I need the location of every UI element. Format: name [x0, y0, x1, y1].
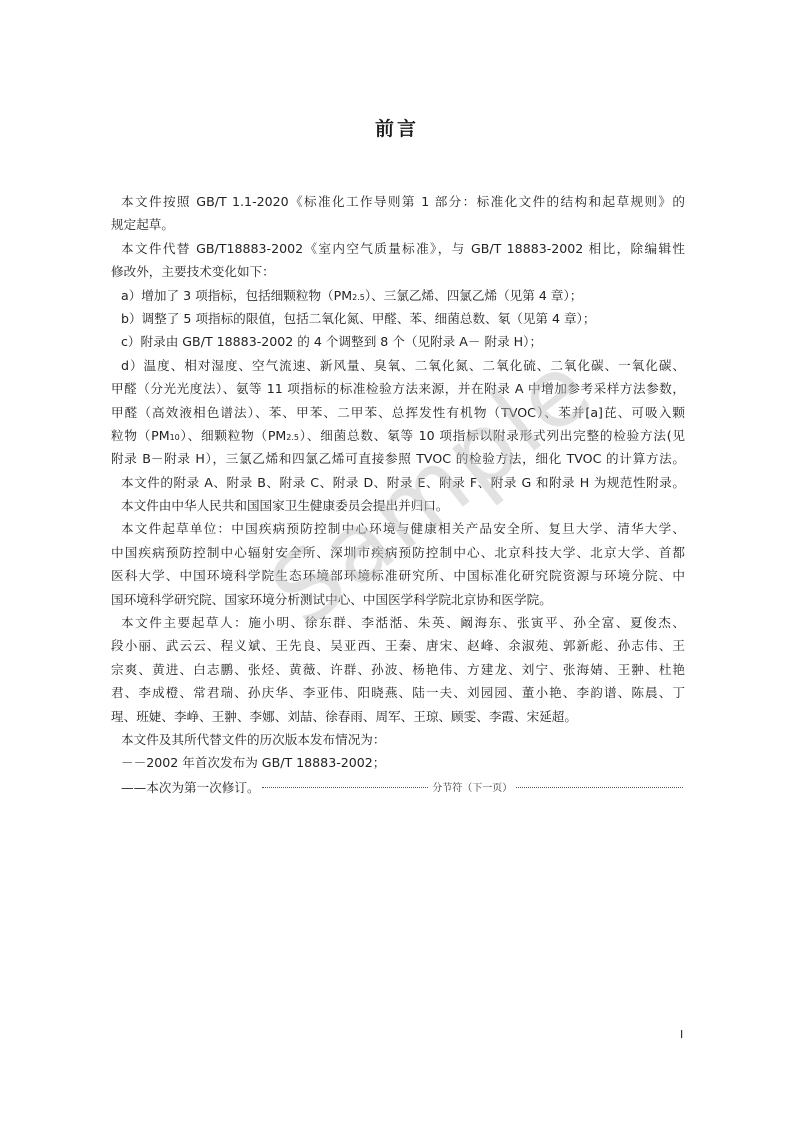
- text-line: 国环境科学研究院、国家环境分析测试中心、中国医学科学院北京协和医学院。: [111, 588, 685, 611]
- document-page: 前言 本文件按照 GB/T 1.1-2020《标准化工作导则第 1 部分：标准化…: [0, 0, 794, 1122]
- text-line: 本文件按照 GB/T 1.1-2020《标准化工作导则第 1 部分：标准化文件的…: [111, 190, 685, 213]
- page-number: I: [680, 1028, 683, 1041]
- text-line: 本文件的附录 A、附录 B、附录 C、附录 D、附录 E、附录 F、附录 G 和…: [111, 471, 685, 494]
- text-line: 本文件代替 GB/T18883-2002《室内空气质量标准》，与 GB/T 18…: [111, 237, 685, 260]
- subscript: 2.5: [352, 293, 365, 302]
- final-line-text: ——本次为第一次修订。: [121, 777, 260, 796]
- page-title: 前言: [0, 114, 794, 141]
- text-line: 附录 B－附录 H），三氯乙烯和四氯乙烯可直接参照 TVOC 的检验方法，细化 …: [111, 447, 685, 470]
- text-line: d）温度、相对湿度、空气流速、新风量、臭氧、二氧化氮、二氧化硫、二氧化碳、一氧化…: [111, 354, 685, 377]
- text-line: 规定起草。: [111, 213, 685, 236]
- text-line: －－2002 年首次发布为 GB/T 18883-2002；: [111, 751, 685, 774]
- text-line: 中国疾病预防控制中心辐射安全所、深圳市疾病预防控制中心、北京科技大学、北京大学、…: [111, 541, 685, 564]
- text-line: 段小丽、武云云、程义斌、王先良、吴亚西、王秦、唐宋、赵峰、余淑苑、郭新彪、孙志伟…: [111, 634, 685, 657]
- section-break-dotted-line: [516, 787, 683, 788]
- text-line: 本文件由中华人民共和国国家卫生健康委员会提出并归口。: [111, 494, 685, 517]
- text-line: a）增加了 3 项指标，包括细颗粒物（PM2.5）、三氯乙烯、四氯乙烯（见第 4…: [111, 284, 685, 307]
- section-break-dotted-line: [262, 787, 429, 788]
- text-line: b）调整了 5 项指标的限值，包括二氧化氮、甲醛、苯、细菌总数、氡（见第 4 章…: [111, 307, 685, 330]
- text-line: 甲醛（分光光度法）、氨等 11 项指标的标准检验方法来源，并在附录 A 中增加参…: [111, 377, 685, 400]
- text-line: 医科大学、中国环境科学院生态环境部环境标准研究所、中国标准化研究院资源与环境分院…: [111, 564, 685, 587]
- text-line: c）附录由 GB/T 18883-2002 的 4 个调整到 8 个（见附录 A…: [111, 330, 685, 353]
- text-line: 修改外，主要技术变化如下：: [111, 260, 685, 283]
- text-line: 瑆、班婕、李峥、王翀、李娜、刘喆、徐春雨、周军、王琼、顾雯、李霞、宋延超。: [111, 705, 685, 728]
- final-line-with-section-break: ——本次为第一次修订。分节符（下一页）: [111, 775, 685, 798]
- text-line: 本文件及其所代替文件的历次版本发布情况为：: [111, 728, 685, 751]
- subscript: 10: [170, 433, 180, 442]
- text-line: 粒物（PM10）、细颗粒物（PM2.5）、细菌总数、氡等 10 项指标以附录形式…: [111, 424, 685, 447]
- text-line: 宗爽、黄进、白志鹏、张烃、黄薇、许群、孙波、杨艳伟、方建龙、刘宁、张海婧、王翀、…: [111, 658, 685, 681]
- preface-body: 本文件按照 GB/T 1.1-2020《标准化工作导则第 1 部分：标准化文件的…: [111, 190, 685, 798]
- text-line: 甲醛（高效液相色谱法）、苯、甲苯、二甲苯、总挥发性有机物（TVOC）、苯并[a]…: [111, 401, 685, 424]
- text-line: 本文件主要起草人：施小明、徐东群、李湉湉、朱英、阚海东、张寅平、孙全富、夏俊杰、: [111, 611, 685, 634]
- section-break-label: 分节符（下一页）: [430, 779, 514, 794]
- text-line: 君、李成橙、常君瑞、孙庆华、李亚伟、阳晓燕、陆一夫、刘园园、董小艳、李韵谱、陈晨…: [111, 681, 685, 704]
- subscript: 2.5: [286, 433, 299, 442]
- text-line: 本文件起草单位：中国疾病预防控制中心环境与健康相关产品安全所、复旦大学、清华大学…: [111, 517, 685, 540]
